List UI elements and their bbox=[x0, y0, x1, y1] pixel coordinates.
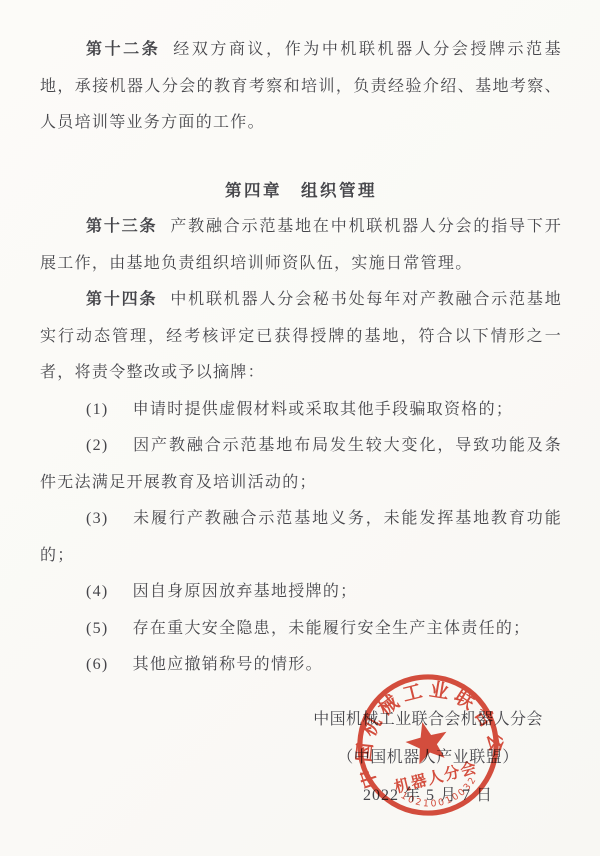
article-13-label: 第十三条 bbox=[86, 218, 157, 235]
document-body: 第十二条经双方商议，作为中机联机器人分会授牌示范基地，承接机器人分会的教育考察和… bbox=[40, 32, 562, 684]
list-item-6: (6)其他应撤销称号的情形。 bbox=[40, 647, 562, 684]
article-12-paragraph: 第十二条经双方商议，作为中机联机器人分会授牌示范基地，承接机器人分会的教育考察和… bbox=[40, 32, 562, 142]
list-item-4-text: 因自身原因放弃基地授牌的； bbox=[133, 583, 358, 600]
signature-block: 中国机械工业联合会机器人分会 （中国机器人产业联盟） 2022 年 5 月 7 … bbox=[312, 701, 544, 815]
list-item-3-number: (3) bbox=[86, 510, 109, 527]
list-item-1-number: (1) bbox=[86, 401, 109, 418]
list-item-2: (2)因产教融合示范基地布局发生较大变化，导致功能及条件无法满足开展教育及培训活… bbox=[40, 428, 562, 501]
list-item-5: (5)存在重大安全隐患，未能履行安全生产主体责任的； bbox=[40, 611, 562, 648]
list-item-6-text: 其他应撤销称号的情形。 bbox=[133, 656, 323, 673]
list-item-3: (3)未履行产教融合示范基地义务，未能发挥基地教育功能的； bbox=[40, 501, 562, 574]
list-item-2-text: 因产教融合示范基地布局发生较大变化，导致功能及条件无法满足开展教育及培训活动的； bbox=[40, 437, 562, 491]
article-14-paragraph: 第十四条中机联机器人分会秘书处每年对产教融合示范基地实行动态管理，经考核评定已获… bbox=[40, 282, 562, 392]
article-12-label: 第十二条 bbox=[86, 41, 160, 58]
list-item-5-number: (5) bbox=[86, 620, 109, 637]
list-item-3-text: 未履行产教融合示范基地义务，未能发挥基地教育功能的； bbox=[40, 510, 562, 564]
signature-alliance: （中国机器人产业联盟） bbox=[312, 739, 544, 777]
list-item-4: (4)因自身原因放弃基地授牌的； bbox=[40, 574, 562, 611]
list-item-1: (1)申请时提供虚假材料或采取其他手段骗取资格的； bbox=[40, 392, 562, 429]
list-item-4-number: (4) bbox=[86, 583, 109, 600]
article-13-paragraph: 第十三条产教融合示范基地在中机联机器人分会的指导下开展工作，由基地负责组织培训师… bbox=[40, 209, 562, 282]
signature-organization: 中国机械工业联合会机器人分会 bbox=[312, 701, 544, 739]
signature-date: 2022 年 5 月 7 日 bbox=[312, 777, 544, 815]
article-14-label: 第十四条 bbox=[86, 291, 157, 308]
list-item-1-text: 申请时提供虚假材料或采取其他手段骗取资格的； bbox=[133, 401, 514, 418]
list-item-5-text: 存在重大安全隐患，未能履行安全生产主体责任的； bbox=[133, 620, 531, 637]
scanned-document-page: 第十二条经双方商议，作为中机联机器人分会授牌示范基地，承接机器人分会的教育考察和… bbox=[0, 0, 600, 856]
chapter-4-heading: 第四章 组织管理 bbox=[40, 173, 562, 210]
list-item-6-number: (6) bbox=[86, 656, 109, 673]
list-item-2-number: (2) bbox=[86, 437, 109, 454]
